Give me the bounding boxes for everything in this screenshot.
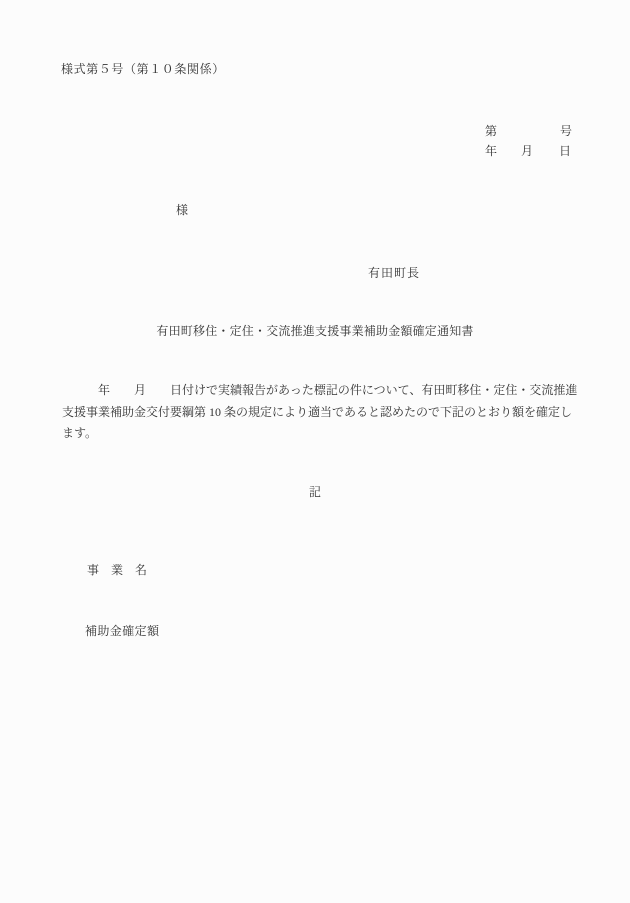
doc-number-prefix: 第 — [485, 124, 497, 139]
sender-name: 有田町長 — [368, 266, 420, 281]
date-month-label: 月 — [521, 144, 533, 159]
confirmed-amount-label: 補助金確定額 — [85, 624, 159, 639]
record-marker: 記 — [0, 485, 630, 500]
date-year-label: 年 — [485, 144, 497, 159]
document-title: 有田町移住・定住・交流推進支援事業補助金額確定通知書 — [0, 324, 630, 339]
body-line-2: 支援事業補助金交付要綱第 10 条の規定により適当であると認めたので下記のとおり… — [62, 402, 622, 424]
body-line-1: 年 月 日付けで実績報告があった標記の件について、有田町移住・定住・交流推進 — [62, 380, 622, 402]
notice-document-page: 様式第５号（第１０条関係） 第 号 年 月 日 様 有田町長 有田町移住・定住・… — [0, 0, 630, 903]
body-paragraph: 年 月 日付けで実績報告があった標記の件について、有田町移住・定住・交流推進 支… — [62, 380, 622, 445]
recipient-honorific: 様 — [176, 203, 188, 218]
doc-number-suffix: 号 — [560, 124, 572, 139]
form-number: 様式第５号（第１０条関係） — [61, 62, 225, 77]
date-day-label: 日 — [559, 144, 571, 159]
body-line-3: ます。 — [62, 423, 622, 445]
project-name-label: 事 業 名 — [87, 563, 147, 578]
